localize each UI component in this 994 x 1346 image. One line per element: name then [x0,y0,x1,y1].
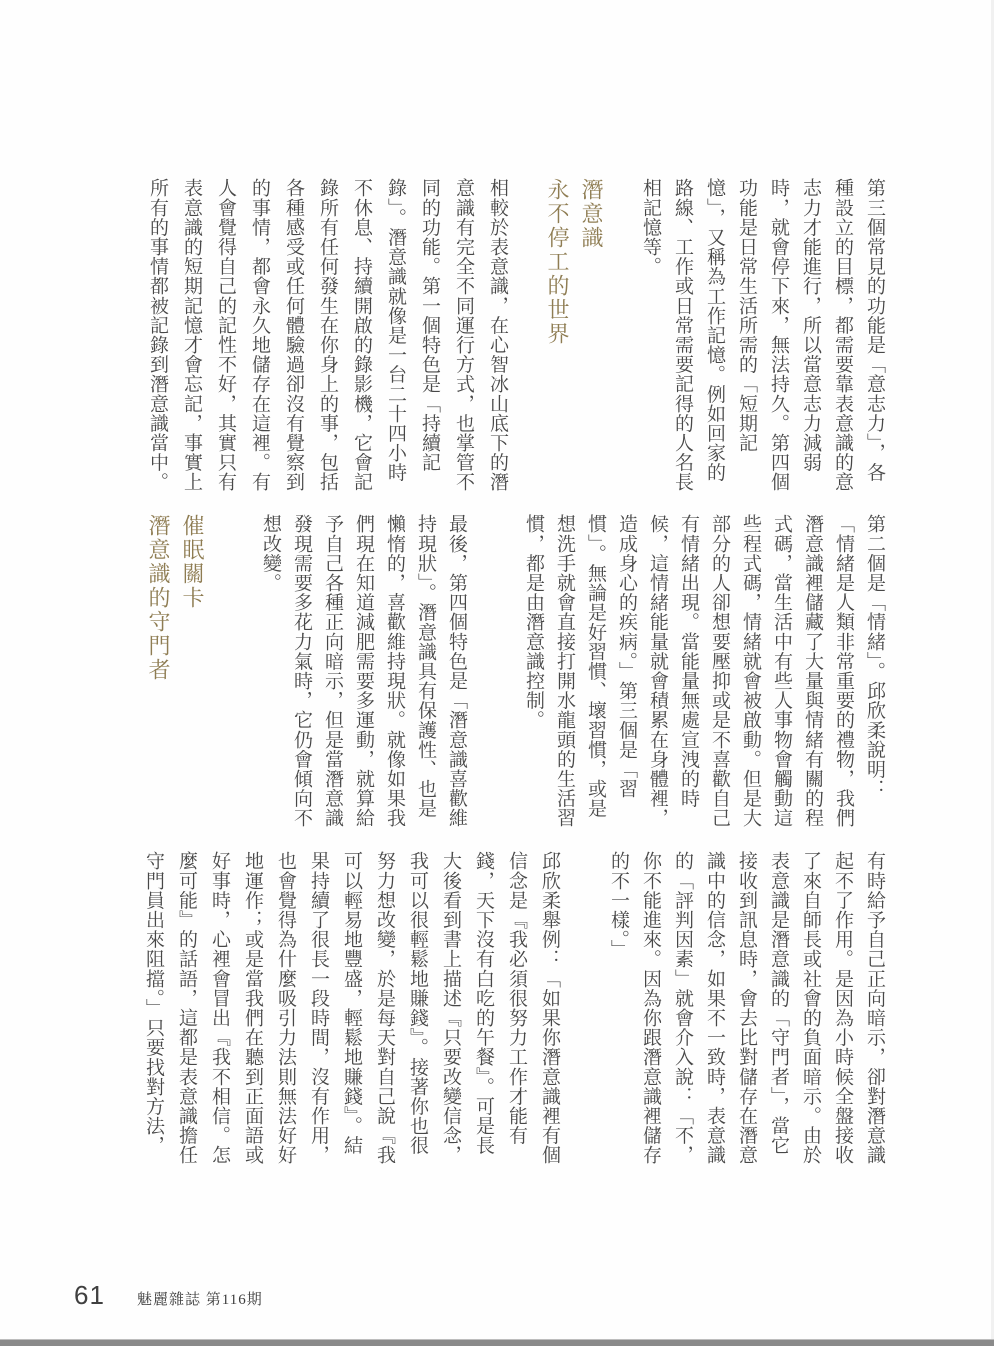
paragraph-willpower-memory: 第三個常見的功能是「意志力」，各種設立的目標，都需要靠表意識的意志力才能進行，所… [634,178,890,492]
paragraph-gatekeeper: 有時給予自己正向暗示，卻對潛意識起不了作用。是因為小時候全盤接收了來自師長或社會… [602,851,890,1165]
paragraph-status-quo: 最後，第四個特色是「潛意識喜歡維持現狀」。潛意識具有保護性、也是懶惰的，喜歡維持… [255,514,472,828]
heading-line: 催眠關卡 [180,514,205,610]
section-heading-subconscious: 潛意識永不停工的世界 [540,178,608,492]
section-subconscious-world: 第三個常見的功能是「意志力」，各種設立的目標，都需要靠表意識的意志力才能進行，所… [140,178,890,492]
heading-line: 潛意識的守門者 [146,514,171,682]
magazine-issue-label: 魅麗雜誌 第116期 [137,1288,263,1309]
section-heading-gatekeeper: 催眠關卡潛意識的守門者 [141,514,209,828]
paragraph-continuous-recording: 相較於表意識，在心智冰山底下的潛意識有完全不同運行方式，也掌管不同的功能。第一個… [140,178,514,492]
magazine-page: 第三個常見的功能是「意志力」，各種設立的目標，都需要靠表意識的意志力才能進行，所… [0,0,994,1346]
heading-line: 永不停工的世界 [545,178,570,346]
page-number: 61 [74,1280,105,1311]
section-emotion-habit: 第二個是「情緒」。邱欣柔說明：「情緒是人類非常重要的禮物，我們潛意識裡儲藏了大量… [141,514,890,828]
page-footer: 61 魅麗雜誌 第116期 [0,1276,994,1316]
heading-line: 潛意識 [579,178,604,250]
section-gatekeeper-examples: 有時給予自己正向暗示，卻對潛意識起不了作用。是因為小時候全盤接收了來自師長或社會… [137,851,890,1165]
paragraph-belief-example: 邱欣柔舉例：「如果你潛意識裡有個信念是『我必須很努力工作才能有錢，天下沒有白吃的… [137,851,566,1165]
paragraph-emotion-habit: 第二個是「情緒」。邱欣柔說明：「情緒是人類非常重要的禮物，我們潛意識裡儲藏了大量… [518,514,890,828]
scan-edge-bottom [0,1339,994,1346]
